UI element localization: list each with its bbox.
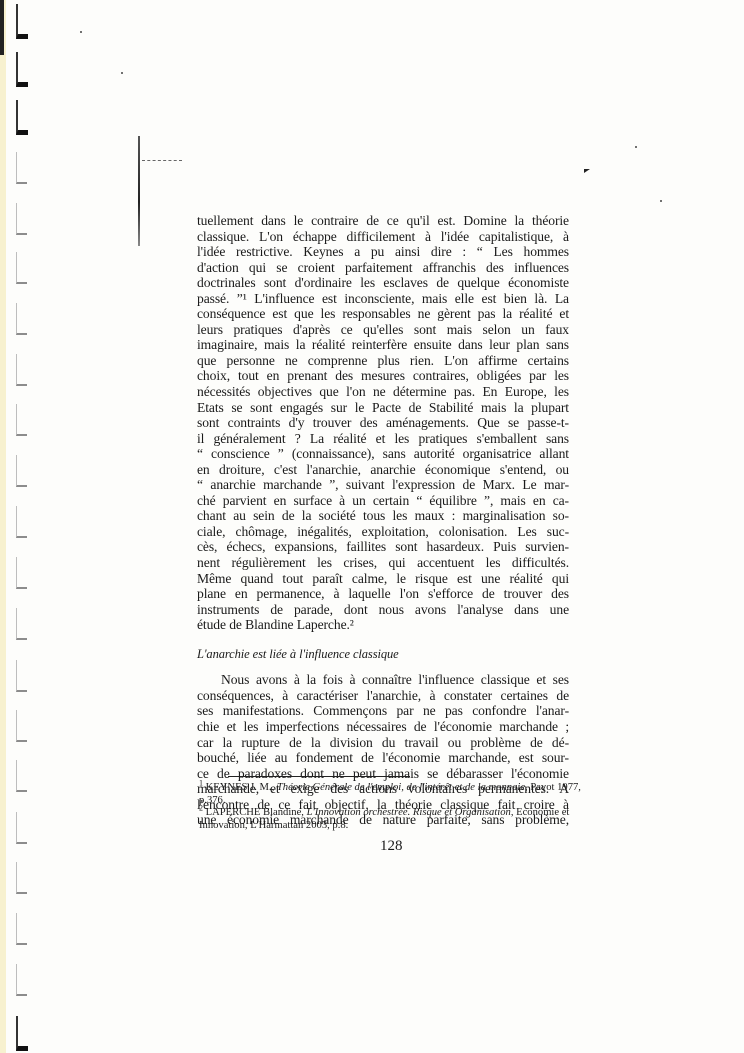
footnote-rule xyxy=(228,776,410,777)
footnote-publisher: , Payot 1977, xyxy=(525,782,581,793)
binder-hole xyxy=(16,862,27,894)
footnote-1-continuation: p.376. xyxy=(199,795,571,808)
binder-hole xyxy=(16,354,27,386)
text-line: doctrinales sont d'ordinaire les esclave… xyxy=(197,275,569,291)
text-line: ses manifestations. Commençons par ne pa… xyxy=(197,703,569,719)
text-line: conséquence est que les responsables ne … xyxy=(197,306,569,322)
scan-artifact-mark xyxy=(584,169,590,173)
scan-speck xyxy=(660,200,662,202)
scan-speck xyxy=(80,31,82,33)
binder-hole xyxy=(16,455,27,487)
footnote-publisher: , Economie et xyxy=(511,807,570,818)
text-line: instruments de parade, dont nous avons l… xyxy=(197,602,569,618)
text-line: nent régulièrement les crises, qui accen… xyxy=(197,555,569,571)
footnote-title: Théorie Générale de l'emploi, de l'intér… xyxy=(277,782,525,793)
text-line: choix, tout en prenant des mesures contr… xyxy=(197,368,569,384)
text-line: cès, échecs, expansions, faillites sont … xyxy=(197,539,569,555)
page-number: 128 xyxy=(380,838,403,855)
binder-hole xyxy=(16,913,27,945)
scan-speck xyxy=(635,146,637,148)
body-text: tuellement dans le contraire de ce qu'il… xyxy=(197,213,569,828)
text-line: Nous avons à la fois à connaître l'influ… xyxy=(197,672,569,688)
text-line: ché parvient en surface à un certain “ é… xyxy=(197,493,569,509)
scan-speck xyxy=(121,72,123,74)
text-line: nécessités objectives que l'on ne déterm… xyxy=(197,384,569,400)
binder-hole xyxy=(16,760,27,792)
section-heading: L'anarchie est liée à l'influence classi… xyxy=(197,647,569,663)
binder-hole xyxy=(16,4,28,39)
binder-hole xyxy=(16,203,27,235)
text-line: plane en permanence, à laquelle l'on s'e… xyxy=(197,586,569,602)
text-line: ciale, chômage, inégalités, exploitation… xyxy=(197,524,569,540)
text-line: chant au sein de la société tous les mau… xyxy=(197,508,569,524)
text-line: “ anarchie marchande ”, suivant l'expres… xyxy=(197,477,569,493)
text-line: Etats se sont engagés sur le Pacte de St… xyxy=(197,400,569,416)
text-line: conséquences, à caractériser l'anarchie,… xyxy=(197,688,569,704)
text-line: d'action qui se croient parfaitement aff… xyxy=(197,260,569,276)
footnote-2-continuation: Innovation, L'Harmattan 2003, p.8. xyxy=(199,820,571,833)
binder-hole xyxy=(16,52,28,87)
text-line: “ conscience ” (connaissance), sans auto… xyxy=(197,446,569,462)
binder-margin xyxy=(16,0,30,1053)
footnote-author: KEYNES J. M., xyxy=(206,782,275,793)
footnote-1: 1 KEYNES J. M., Théorie Générale de l'em… xyxy=(199,782,571,795)
binder-hole xyxy=(16,660,27,692)
scan-artifact-dots xyxy=(142,160,182,162)
text-line: passé. ”¹ L'influence est inconsciente, … xyxy=(197,291,569,307)
binder-hole xyxy=(16,506,27,538)
text-line: Même quand tout paraît calme, le risque … xyxy=(197,571,569,587)
text-line: bouché, liée au fondement de l'économie … xyxy=(197,750,569,766)
text-line: classique. L'on échappe difficilement à … xyxy=(197,229,569,245)
footnote-marker: 2 xyxy=(199,804,203,813)
binder-hole xyxy=(16,100,28,135)
text-line: que personne ne comprenne plus rien. L'o… xyxy=(197,353,569,369)
text-line: en droiture, c'est l'anarchie, anarchie … xyxy=(197,462,569,478)
footnote-author: LAPERCHE Blandine, xyxy=(206,807,304,818)
binder-hole xyxy=(16,1016,28,1051)
text-line: leurs pratiques d'après ce qu'elles sont… xyxy=(197,322,569,338)
text-line: ce de paradoxes dont ne peut jamais se d… xyxy=(197,766,569,782)
text-line: car la rupture de la division du travail… xyxy=(197,735,569,751)
text-line: chie et les imperfections nécessaires de… xyxy=(197,719,569,735)
text-line: imaginaire, mais la réalité reinterfère … xyxy=(197,337,569,353)
footnote-2: 2 LAPERCHE Blandine, L'Innovation orches… xyxy=(199,807,571,820)
binder-hole xyxy=(16,557,27,589)
footnote-marker: 1 xyxy=(199,778,203,787)
footnote-title: L'Innovation orchestrée. Risque et Organ… xyxy=(307,807,511,818)
text-line: tuellement dans le contraire de ce qu'il… xyxy=(197,213,569,229)
binder-hole xyxy=(16,252,27,284)
binder-hole xyxy=(16,812,27,844)
binder-hole xyxy=(16,404,27,436)
text-line: étude de Blandine Laperche.² xyxy=(197,617,569,633)
binder-hole xyxy=(16,608,27,640)
binder-hole xyxy=(16,152,27,184)
binder-hole xyxy=(16,303,27,335)
text-line: l'idée restrictive. Keynes a pu ainsi di… xyxy=(197,244,569,260)
binder-hole xyxy=(16,964,27,996)
text-line: il généralement ? La réalité et les prat… xyxy=(197,431,569,447)
footnotes: 1 KEYNES J. M., Théorie Générale de l'em… xyxy=(199,782,571,832)
scan-artifact-line xyxy=(138,136,140,246)
paragraph-main: tuellement dans le contraire de ce qu'il… xyxy=(197,213,569,633)
text-line: sont contraints d'y trouver des aménagem… xyxy=(197,415,569,431)
scan-edge-strip xyxy=(0,0,6,1053)
binder-hole xyxy=(16,710,27,742)
